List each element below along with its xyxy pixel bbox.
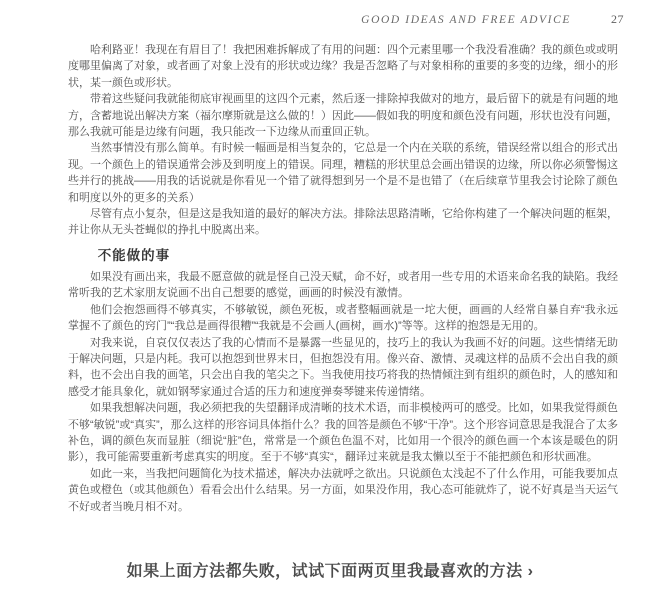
paragraph: 对我来说，自哀仅仅表达了我的心情而不是暴露一些显见的，技巧上的我认为我画不好的问…	[68, 335, 618, 401]
chevron-right-icon: ›	[528, 563, 534, 580]
page-number: 27	[611, 12, 624, 27]
section-heading: 不能做的事	[68, 248, 618, 264]
paragraph: 带着这些疑问我就能彻底审视画里的这四个元素，然后逐一排除掉我做对的地方，最后留下…	[68, 91, 618, 140]
paragraph: 如果没有画出来，我最不愿意做的就是怪自己没天赋，命不好，或者用一些专用的术语来命…	[68, 269, 618, 302]
footer-cta-text: 如果上面方法都失败，试试下面两页里我最喜欢的方法	[127, 563, 523, 580]
book-page: GOOD IDEAS AND FREE ADVICE 27 哈利路亚！我现在有眉…	[0, 0, 660, 607]
running-header: GOOD IDEAS AND FREE ADVICE 27	[68, 12, 624, 27]
paragraph: 当然事情没有那么简单。有时候一幅画是相当复杂的，它总是一个内在关联的系统，错误经…	[68, 140, 618, 206]
paragraph: 哈利路亚！我现在有眉目了！我把困难拆解成了有用的问题：四个元素里哪一个我没看准确…	[68, 42, 618, 91]
footer-cta: 如果上面方法都失败，试试下面两页里我最喜欢的方法›	[0, 558, 660, 581]
running-header-title: GOOD IDEAS AND FREE ADVICE	[361, 14, 571, 26]
paragraph: 他们会抱怨画得不够真实，不够敏锐，颜色死板，或者整幅画就是一坨大便，画画的人经常…	[68, 302, 618, 335]
page-body: 哈利路亚！我现在有眉目了！我把困难拆解成了有用的问题：四个元素里哪一个我没看准确…	[68, 42, 618, 515]
paragraph: 如此一来，当我把问题简化为技术描述，解决办法就呼之欲出。只说颜色太浅起不了什么作…	[68, 466, 618, 515]
paragraph: 如果我想解决问题，我必须把我的失望翻译成清晰的技术术语，而非模棱两可的感受。比如…	[68, 400, 618, 466]
paragraph: 尽管有点小复杂，但是这是我知道的最好的解决方法。排除法思路清晰，它给你构建了一个…	[68, 206, 618, 239]
